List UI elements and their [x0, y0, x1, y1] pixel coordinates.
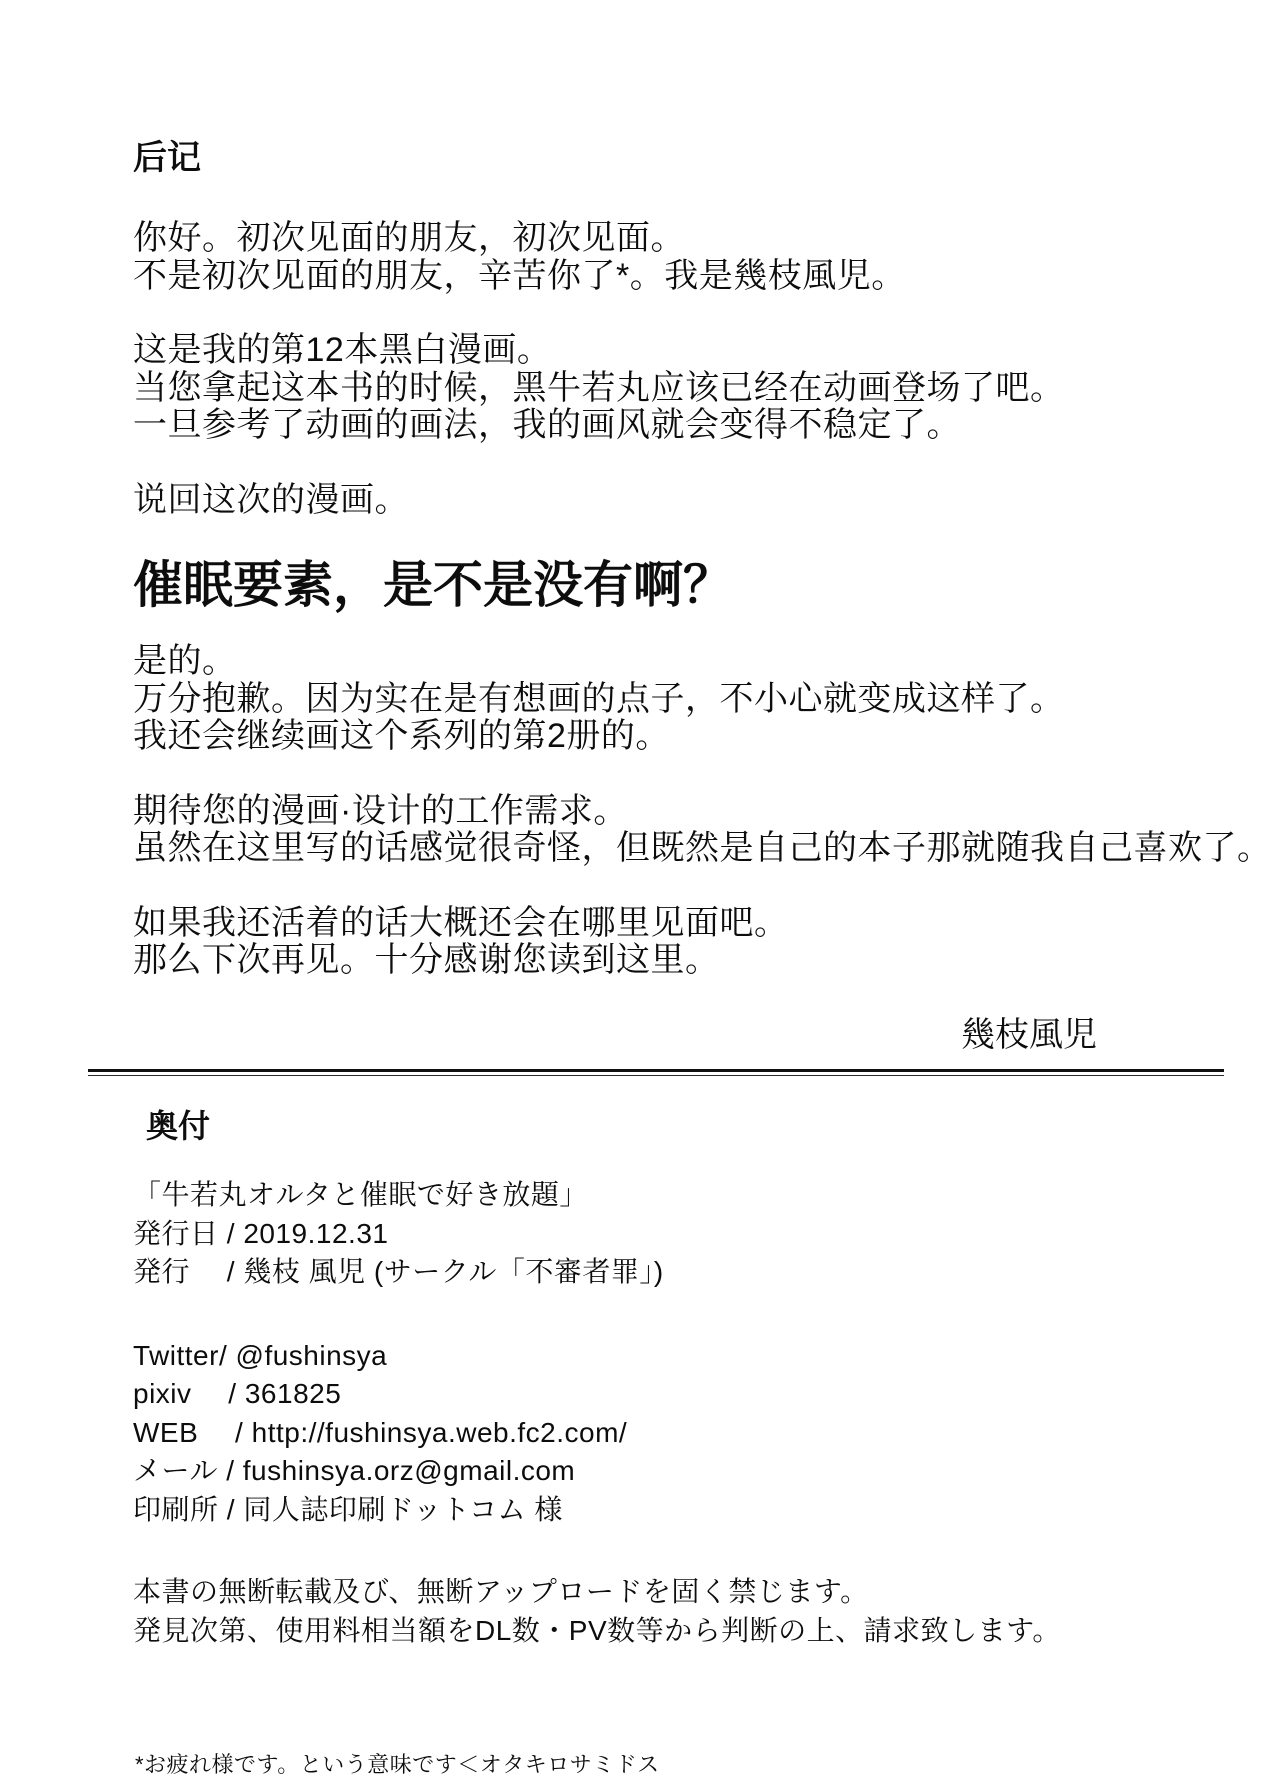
- afterword-line: 说回这次的漫画。: [133, 482, 1240, 520]
- publication-info: 「牛若丸オルタと催眠で好き放題」 発行日 / 2019.12.31 発行 / 幾…: [133, 1176, 1240, 1292]
- notice-line: 発見次第、使用料相当額をDL数・PV数等から判断の上、請求致します。: [133, 1612, 1240, 1651]
- afterword-headline: 催眠要素，是不是没有啊？: [133, 556, 1240, 614]
- afterword-title: 后记: [133, 140, 1240, 176]
- afterword-line: 当您拿起这本书的时候，黑牛若丸应该已经在动画登场了吧。: [133, 370, 1240, 408]
- afterword-paragraph-work: 期待您的漫画·设计的工作需求。 虽然在这里写的话感觉很奇怪，但既然是自己的本子那…: [133, 793, 1240, 868]
- colophon-title: 奥付: [146, 1108, 1240, 1144]
- book-title: 「牛若丸オルタと催眠で好き放題」: [133, 1176, 1240, 1215]
- afterword-line: 你好。初次见面的朋友，初次见面。: [133, 220, 1240, 258]
- afterword-line: 一旦参考了动画的画法，我的画风就会变得不稳定了。: [133, 407, 1240, 445]
- afterword-section: 后记 你好。初次见面的朋友，初次见面。 不是初次见面的朋友，辛苦你了*。我是幾枝…: [133, 140, 1240, 1054]
- afterword-line: 我还会继续画这个系列的第2册的。: [133, 718, 1240, 756]
- section-divider: [88, 1069, 1224, 1076]
- afterword-line: 万分抱歉。因为实在是有想画的点子，不小心就变成这样了。: [133, 681, 1240, 719]
- afterword-line: 这是我的第12本黑白漫画。: [133, 332, 1240, 370]
- copyright-notice: 本書の無断転載及び、無断アップロードを固く禁じます。 発見次第、使用料相当額をD…: [133, 1573, 1240, 1650]
- author-signature: 幾枝風児: [133, 1017, 1240, 1055]
- afterword-line: 那么下次再见。十分感谢您读到这里。: [133, 942, 1240, 980]
- divider-thin-line: [88, 1075, 1224, 1076]
- translator-footnote: *お疲れ様です。という意味です＜オタキロサミドス: [135, 1752, 660, 1778]
- pixiv-id: pixiv / 361825: [133, 1375, 1240, 1414]
- web-url: WEB / http://fushinsya.web.fc2.com/: [133, 1414, 1240, 1453]
- contact-info: Twitter/ @fushinsya pixiv / 361825 WEB /…: [133, 1337, 1240, 1530]
- afterword-paragraph-book: 这是我的第12本黑白漫画。 当您拿起这本书的时候，黑牛若丸应该已经在动画登场了吧…: [133, 332, 1240, 445]
- divider-thick-line: [88, 1069, 1224, 1072]
- afterword-line: 不是初次见面的朋友，辛苦你了*。我是幾枝風児。: [133, 258, 1240, 296]
- afterword-line: 是的。: [133, 643, 1240, 681]
- colophon-section: 奥付 「牛若丸オルタと催眠で好き放題」 発行日 / 2019.12.31 発行 …: [133, 1108, 1240, 1650]
- afterword-line: 如果我还活着的话大概还会在哪里见面吧。: [133, 905, 1240, 943]
- afterword-page: 后记 你好。初次见面的朋友，初次见面。 不是初次见面的朋友，辛苦你了*。我是幾枝…: [0, 0, 1280, 1791]
- notice-line: 本書の無断転載及び、無断アップロードを固く禁じます。: [133, 1573, 1240, 1612]
- afterword-line: 虽然在这里写的话感觉很奇怪，但既然是自己的本子那就随我自己喜欢了。: [133, 830, 1240, 868]
- printer-name: 印刷所 / 同人誌印刷ドットコム 様: [133, 1491, 1240, 1530]
- email-address: メール / fushinsya.orz@gmail.com: [133, 1452, 1240, 1491]
- afterword-paragraph-farewell: 如果我还活着的话大概还会在哪里见面吧。 那么下次再见。十分感谢您读到这里。: [133, 905, 1240, 980]
- afterword-paragraph-intro: 说回这次的漫画。: [133, 482, 1240, 520]
- publisher: 発行 / 幾枝 風児 (サークル「不審者罪」): [133, 1253, 1240, 1292]
- afterword-line: 期待您的漫画·设计的工作需求。: [133, 793, 1240, 831]
- afterword-paragraph-greeting: 你好。初次见面的朋友，初次见面。 不是初次见面的朋友，辛苦你了*。我是幾枝風児。: [133, 220, 1240, 295]
- afterword-paragraph-apology: 是的。 万分抱歉。因为实在是有想画的点子，不小心就变成这样了。 我还会继续画这个…: [133, 643, 1240, 756]
- publish-date: 発行日 / 2019.12.31: [133, 1215, 1240, 1254]
- twitter-handle: Twitter/ @fushinsya: [133, 1337, 1240, 1376]
